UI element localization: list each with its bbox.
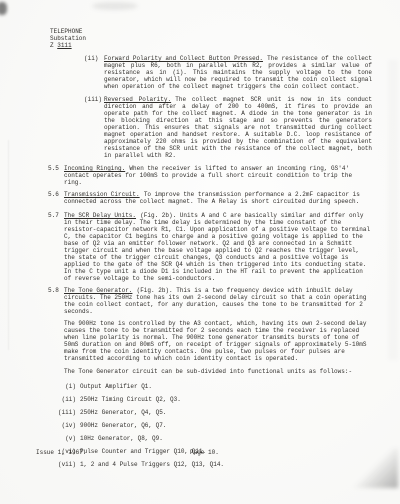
- list-item: (i) Output Amplifier Q1.: [52, 383, 372, 390]
- list-item-label: (vii): [52, 461, 76, 468]
- section-number: 5.6: [48, 191, 64, 205]
- document-content: TELEPHONE Substation Z 3111 (ii) Forward…: [0, 0, 400, 474]
- list-item: (iv) 900Hz Generator, Q6, Q7.: [52, 422, 372, 429]
- header-org: TELEPHONE: [50, 28, 372, 35]
- subsection-ii: (ii) Forward Polarity and Collect Button…: [84, 55, 372, 90]
- header-unit: Substation: [50, 35, 372, 42]
- footer-issue: Issue 1, 1967.: [36, 449, 86, 456]
- section-heading: The Tone Generator.: [64, 287, 132, 294]
- section-heading: Incoming Ringing.: [64, 165, 125, 172]
- footer-page-number: Page 10.: [190, 449, 219, 456]
- subsection-label: (iii): [84, 96, 104, 159]
- paragraph-tone-generator-intro: The Tone Generator circuit can be sub-di…: [64, 368, 372, 375]
- section-5-8: 5.8 The Tone Generator.(Fig. 2b). This i…: [48, 287, 372, 315]
- list-item: (ii) 250Hz Timing Circuit Q2, Q3.: [52, 396, 372, 403]
- list-item: (iii) 250Hz Generator, Q4, Q5.: [52, 409, 372, 416]
- section-number: 5.5: [48, 165, 64, 186]
- list-item-text: Output Amplifier Q1.: [80, 383, 372, 390]
- paragraph-900hz: The 900Hz tone is controlled by the A3 c…: [64, 320, 372, 362]
- list-item-label: (i): [52, 383, 76, 390]
- list-item-text: 250Hz Timing Circuit Q2, Q3.: [80, 396, 372, 403]
- list-item-label: (iv): [52, 422, 76, 429]
- subsection-body: The collect magnet SCR unit is now in it…: [104, 96, 372, 159]
- section-number: 5.7: [48, 212, 64, 282]
- subsection-text: Forward Polarity and Collect Button Pres…: [104, 55, 372, 90]
- list-item: (v) 10Hz Generator, Q8, Q9.: [52, 435, 372, 442]
- list-item-label: (iii): [52, 409, 76, 416]
- scanned-document-page: TELEPHONE Substation Z 3111 (ii) Forward…: [0, 0, 400, 504]
- section-text: The SCR Delay Units.(Fig. 2b). Units A a…: [64, 212, 372, 282]
- list-item-label: (ii): [52, 396, 76, 403]
- subsection-heading: Reversed Polarity.: [104, 96, 171, 103]
- section-body: (Fig. 2b). Units A and C are basically s…: [64, 212, 370, 282]
- subsection-heading: Forward Polarity and Collect Button Pres…: [104, 55, 263, 62]
- section-heading: Transmission Circuit.: [64, 191, 140, 198]
- subsection-label: (ii): [84, 55, 104, 90]
- subsection-text: Reversed Polarity.The collect magnet SCR…: [104, 96, 372, 159]
- list-item: (vii) 1, 2 and 4 Pulse Triggers Q12, Q13…: [52, 461, 372, 468]
- list-item-text: 250Hz Generator, Q4, Q5.: [80, 409, 372, 416]
- section-text: Transmission Circuit.To improve the tran…: [64, 191, 372, 205]
- section-number: 5.8: [48, 287, 64, 315]
- section-5-7: 5.7 The SCR Delay Units.(Fig. 2b). Units…: [48, 212, 372, 282]
- section-5-5: 5.5 Incoming Ringing.When the receiver i…: [48, 165, 372, 186]
- header-code-letter: Z: [50, 42, 54, 49]
- document-header: TELEPHONE Substation Z 3111: [50, 28, 372, 49]
- list-item-text: 1, 2 and 4 Pulse Triggers Q12, Q13, Q14.: [80, 461, 372, 468]
- subsection-iii: (iii) Reversed Polarity.The collect magn…: [84, 96, 372, 159]
- section-5-6: 5.6 Transmission Circuit.To improve the …: [48, 191, 372, 205]
- list-item-text: Pulse Counter and Trigger Q10, Q11.: [80, 448, 372, 455]
- section-text: The Tone Generator.(Fig. 2b). This is a …: [64, 287, 372, 315]
- section-text: Incoming Ringing.When the receiver is li…: [64, 165, 372, 186]
- list-item-text: 900Hz Generator, Q6, Q7.: [80, 422, 372, 429]
- list-item-text: 10Hz Generator, Q8, Q9.: [80, 435, 372, 442]
- section-heading: The SCR Delay Units.: [64, 212, 136, 219]
- header-code: Z 3111: [50, 42, 372, 49]
- header-code-number: 3111: [57, 42, 71, 49]
- list-item-label: (v): [52, 435, 76, 442]
